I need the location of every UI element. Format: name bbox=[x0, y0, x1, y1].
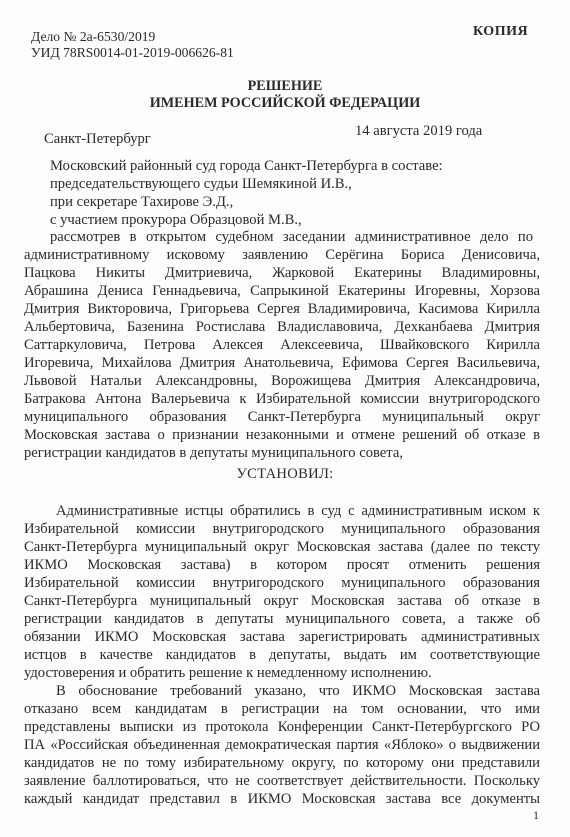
text-line: кандидатов не по тому избирательному окр… bbox=[24, 754, 540, 772]
text-line: Батракова Антона Валерьевича к Избирател… bbox=[24, 390, 540, 408]
text-line: обязании ИКМО Московская застава зарегис… bbox=[24, 628, 540, 646]
text-line: заявление баллотироваться, что не соотве… bbox=[24, 772, 540, 790]
court-line: Московский районный суд города Санкт-Пет… bbox=[50, 157, 566, 175]
text-line: удостоверения и обратить решение к немед… bbox=[24, 664, 540, 682]
text-line: ИКМО Московская застава) в котором прося… bbox=[24, 556, 540, 574]
document-title: РЕШЕНИЕ bbox=[0, 78, 570, 95]
place-city: Санкт-Петербург bbox=[44, 131, 151, 148]
text-line: Избирательной комиссии внутригородского … bbox=[24, 574, 540, 592]
decision-date: 14 августа 2019 года bbox=[355, 123, 482, 140]
text-line: Абрашина Дениса Геннадьевича, Сапрыкиной… bbox=[24, 282, 540, 300]
text-line: Игоревича, Михайлова Дмитрия Анатольевич… bbox=[24, 354, 540, 372]
text-line: В обоснование требований указано, что ИК… bbox=[56, 682, 540, 700]
text-line: регистрации кандидатов в депутаты муници… bbox=[24, 444, 540, 462]
text-line: Альбертовича, Базенина Ростислава Владис… bbox=[24, 318, 540, 336]
judge-line: председательствующего судьи Шемякиной И.… bbox=[50, 175, 566, 193]
text-line: административному исковому заявлению Сер… bbox=[24, 246, 540, 264]
text-line: Саттаркуловича, Петрова Алексея Алексеев… bbox=[24, 336, 540, 354]
text-line: Львовой Натальи Александровны, Ворожищев… bbox=[24, 372, 540, 390]
document-subtitle: ИМЕНЕМ РОССИЙСКОЙ ФЕДЕРАЦИИ bbox=[0, 95, 570, 112]
text-line: представлены выписки из протокола Конфер… bbox=[24, 718, 540, 736]
text-line: Избирательной комиссии внутригородского … bbox=[24, 520, 540, 538]
text-line: Дмитрия Викторовича, Григорьева Сергея В… bbox=[24, 300, 540, 318]
text-line: Санкт-Петербурга муниципальный округ Мос… bbox=[24, 538, 540, 556]
case-uid: УИД 78RS0014-01-2019-006626-81 bbox=[31, 45, 234, 61]
text-line: муниципального образования Санкт-Петербу… bbox=[24, 408, 540, 426]
text-line: ПА «Российская объединенная демократичес… bbox=[24, 736, 540, 754]
section-heading: УСТАНОВИЛ: bbox=[0, 466, 570, 483]
prosecutor-line: с участием прокурора Образцовой М.В., bbox=[50, 211, 566, 229]
text-line: регистрации кандидатов в депутаты муници… bbox=[24, 610, 540, 628]
text-line: рассмотрев в открытом судебном заседании… bbox=[50, 228, 533, 246]
text-line: Московская застава о признании незаконны… bbox=[24, 426, 540, 444]
text-line: каждый кандидат представил в ИКМО Москов… bbox=[24, 790, 540, 808]
case-number: Дело № 2а-6530/2019 bbox=[31, 29, 155, 45]
text-line: отказано всем кандидатам в регистрации н… bbox=[24, 700, 540, 718]
secretary-line: при секретаре Тахирове Э.Д., bbox=[50, 193, 566, 211]
page-number: 1 bbox=[533, 808, 539, 823]
document-page: Дело № 2а-6530/2019 УИД 78RS0014-01-2019… bbox=[0, 0, 570, 837]
text-line: Санкт-Петербурга муниципальный округ Мос… bbox=[24, 592, 540, 610]
text-line: Административные истцы обратились в суд … bbox=[56, 502, 540, 520]
copy-mark: КОПИЯ bbox=[473, 24, 528, 40]
text-line: Пацкова Никиты Дмитриевича, Жарковой Ека… bbox=[24, 264, 540, 282]
text-line: истцов в качестве кандидатов в депутаты,… bbox=[24, 646, 540, 664]
